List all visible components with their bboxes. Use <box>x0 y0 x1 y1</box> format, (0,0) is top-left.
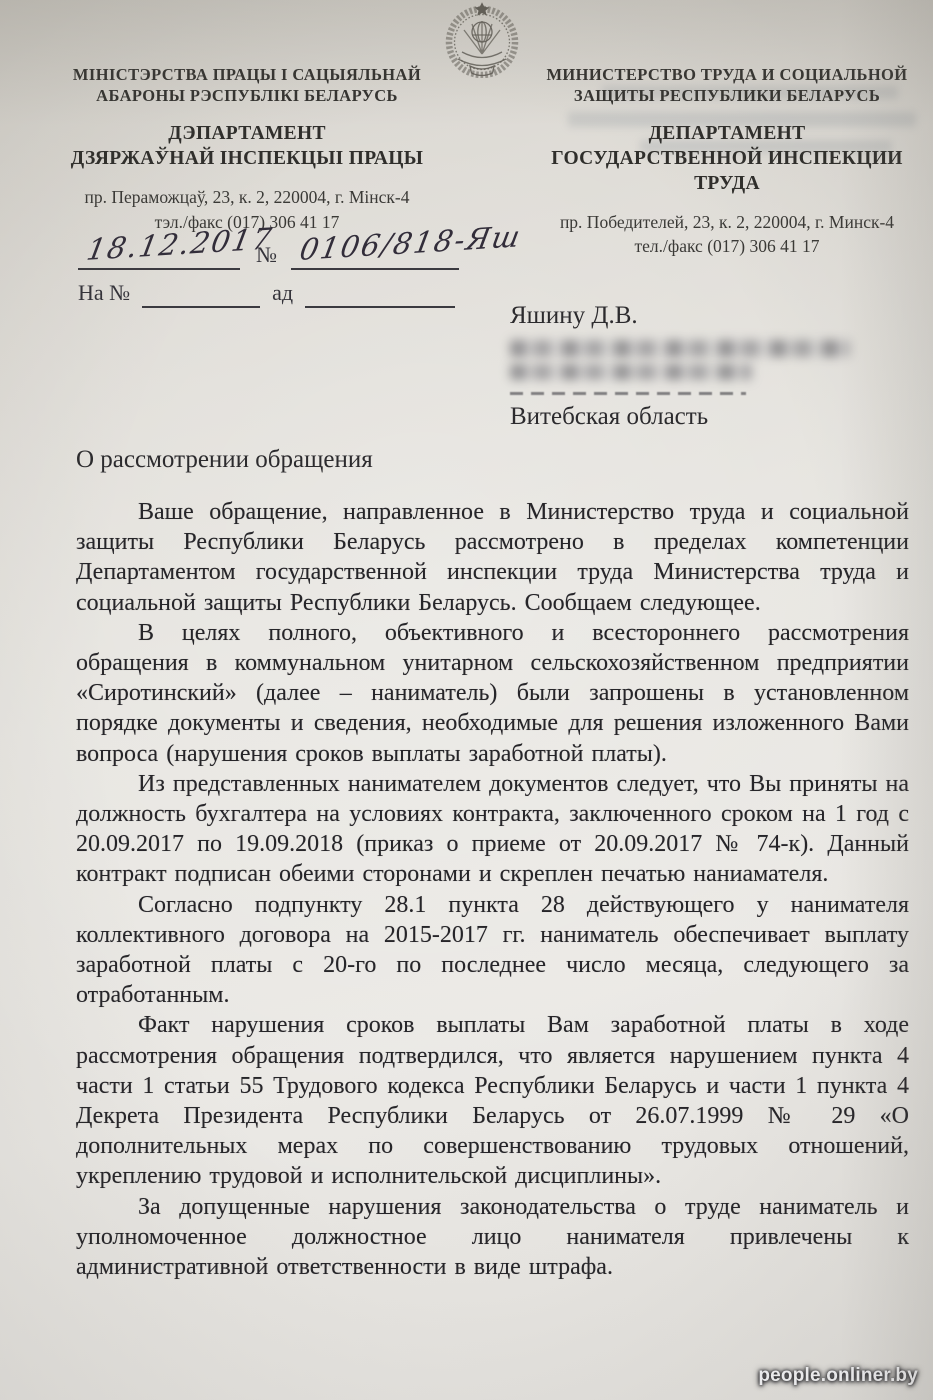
date-number-line: 18.12.2017 № 0106/818-Яш <box>78 232 459 270</box>
address-by: пр. Пераможцаў, 23, к. 2, 220004, г. Мін… <box>62 186 432 208</box>
reply-reference-line: На № ад <box>78 280 459 308</box>
paragraph: За допущенные нарушения законодательства… <box>76 1192 909 1283</box>
department-name-ru-line1: ДЕПАРТАМЕНТ <box>543 122 911 147</box>
paragraph: Ваше обращение, направленное в Министерс… <box>76 497 909 618</box>
letter-body: Ваше обращение, направленное в Министерс… <box>76 497 909 1282</box>
ministry-name-ru-line2: ЗАЩИТЫ РЕСПУБЛИКИ БЕЛАРУСЬ <box>543 85 911 106</box>
date-underline: 18.12.2017 <box>78 232 240 270</box>
addressee-name: Яшину Д.В. <box>510 303 850 329</box>
belarus-emblem-icon <box>440 0 524 83</box>
watermark-badge: people.onliner.by <box>752 1363 924 1389</box>
address-ru: пр. Победителей, 23, к. 2, 220004, г. Ми… <box>543 211 911 233</box>
redacted-address-line-2 <box>510 364 752 380</box>
ministry-name-ru-line1: МИНИСТЕРСТВО ТРУДА И СОЦИАЛЬНОЙ <box>543 64 911 85</box>
reply-number-blank <box>142 282 260 308</box>
reference-block: 18.12.2017 № 0106/818-Яш На № ад <box>78 232 459 308</box>
phone-ru: тел./факс (017) 306 41 17 <box>543 235 911 257</box>
addressee-block: Яшину Д.В. Витебская область <box>510 303 850 430</box>
ministry-name-by-line2: АБАРОНЫ РЭСПУБЛІКІ БЕЛАРУСЬ <box>62 85 432 106</box>
ministry-name-by-line1: МІНІСТЭРСТВА ПРАЦЫ І САЦЫЯЛЬНАЙ <box>62 64 432 85</box>
subject-line: О рассмотрении обращения <box>76 446 373 474</box>
department-name-ru-line2: ГОСУДАРСТВЕННОЙ ИНСПЕКЦИИ ТРУДА <box>543 147 911 197</box>
document-page: МІНІСТЭРСТВА ПРАЦЫ І САЦЫЯЛЬНАЙ АБАРОНЫ … <box>0 0 933 1400</box>
paragraph: Факт нарушения сроков выплаты Вам зарабо… <box>76 1010 909 1191</box>
paragraph: Из представленных нанимателем документов… <box>76 769 909 890</box>
redacted-address-line-1 <box>510 340 850 357</box>
redacted-address-dashes <box>510 392 746 395</box>
reply-date-blank <box>305 282 455 308</box>
department-name-by-line2: ДЗЯРЖАЎНАЙ ІНСПЕКЦЫІ ПРАЦЫ <box>62 147 432 172</box>
header-left: МІНІСТЭРСТВА ПРАЦЫ І САЦЫЯЛЬНАЙ АБАРОНЫ … <box>62 64 432 233</box>
paragraph: Согласно подпункту 28.1 пункта 28 действ… <box>76 890 909 1011</box>
number-underline: 0106/818-Яш <box>291 232 459 270</box>
paragraph: В целях полного, объективного и всесторо… <box>76 618 909 769</box>
addressee-region: Витебская область <box>510 404 850 430</box>
header-right: МИНИСТЕРСТВО ТРУДА И СОЦИАЛЬНОЙ ЗАЩИТЫ Р… <box>543 64 911 258</box>
reply-number-label: На № <box>78 280 130 308</box>
reply-conjunction-label: ад <box>272 280 293 308</box>
department-name-by-line1: ДЭПАРТАМЕНТ <box>62 122 432 147</box>
